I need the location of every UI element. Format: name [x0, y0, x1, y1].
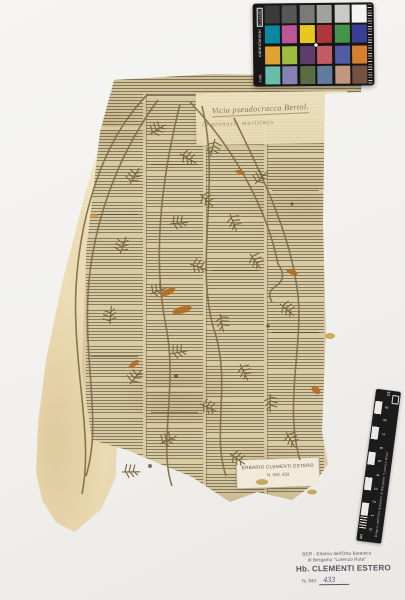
color-patch: [300, 46, 315, 64]
color-patch-grid: [265, 4, 368, 84]
newsprint-column: [206, 94, 264, 494]
colorchecker-brand-label: colorchecker CLASSIC: [256, 8, 263, 57]
newsprint-column: [267, 94, 325, 494]
color-patch: [317, 66, 332, 84]
stamp-inventory-line: N. INV.433: [302, 574, 378, 584]
ruler-unit-label: cm: [359, 534, 365, 540]
color-patch: [352, 4, 367, 22]
ruler-number: 7: [380, 433, 385, 436]
color-patch: [334, 25, 349, 43]
newsprint-column: [146, 94, 204, 494]
newsprint-columns: [86, 94, 324, 494]
chart-edge-ruler-ticks: [368, 4, 373, 83]
color-patch: [334, 5, 349, 23]
color-patch: [352, 45, 367, 63]
color-patch: [265, 26, 280, 44]
herbarium-stamp: BER - Erbario dell'Orto Botanico di Berg…: [296, 550, 378, 584]
handwritten-locality: in arenosis maritimis: [202, 116, 348, 128]
handwritten-label: Vicia pseudocracca Bertol. in arenosis m…: [196, 91, 349, 146]
specimen-label: ERBARIO CLEMENTI ESTERO N. INV. 433: [236, 457, 321, 490]
colorchecker-edition-badge: CLASSIC: [256, 8, 262, 27]
ruler-number: 10: [385, 391, 390, 396]
xrite-logo: x-rite: [258, 75, 262, 83]
color-patch: [299, 5, 314, 23]
newsprint-column: [86, 94, 143, 494]
color-patch: [317, 5, 332, 23]
cm-ruler: 012345678910 cm Erbario dell'Orto Botani…: [356, 389, 401, 544]
color-patch: [352, 66, 367, 84]
color-patch: [282, 5, 297, 23]
stamp-collection-name: Hb. CLEMENTI ESTERO: [296, 563, 378, 573]
color-calibration-chart: colorchecker CLASSIC x-rite: [253, 2, 375, 86]
color-patch: [335, 45, 350, 63]
ruler-number: 9: [384, 405, 389, 408]
color-patch: [265, 46, 280, 64]
color-patch: [282, 26, 297, 44]
color-patch: [265, 66, 280, 84]
newspaper-sheet: Vicia pseudocracca Bertol. in arenosis m…: [52, 72, 364, 504]
ruler-number: 8: [382, 419, 387, 422]
color-patch: [283, 66, 298, 84]
color-patch: [300, 66, 315, 84]
handwritten-species-name: Vicia pseudocracca Bertol.: [212, 102, 310, 117]
ruler-number: 0: [368, 527, 373, 530]
ruler-number: 5: [376, 460, 381, 463]
color-patch: [300, 25, 315, 43]
color-patch: [282, 46, 297, 64]
ruler-number: 4: [375, 473, 380, 476]
inventory-number-handwritten: 433: [319, 575, 349, 585]
ruler-number: 1: [369, 514, 374, 517]
color-patch: [317, 46, 332, 64]
color-patch: [265, 5, 280, 23]
specimen-label-inventory: N. INV. 433: [237, 471, 319, 479]
ruler-number: 2: [371, 500, 376, 503]
stamp-institution-line2: di Bergamo "Lorenzo Rota": [296, 556, 378, 563]
herbarium-sheet-photo: Vicia pseudocracca Bertol. in arenosis m…: [0, 0, 405, 600]
herbarium-logo-icon: [391, 395, 399, 405]
specimen-label-title: ERBARIO CLEMENTI ESTERO: [237, 463, 319, 471]
color-patch: [317, 25, 332, 43]
ruler-number: 6: [378, 446, 383, 449]
colorchecker-branding: colorchecker CLASSIC x-rite: [254, 6, 266, 85]
color-patch: [335, 66, 350, 84]
ruler-number: 3: [373, 487, 378, 490]
color-patch: [352, 25, 367, 43]
